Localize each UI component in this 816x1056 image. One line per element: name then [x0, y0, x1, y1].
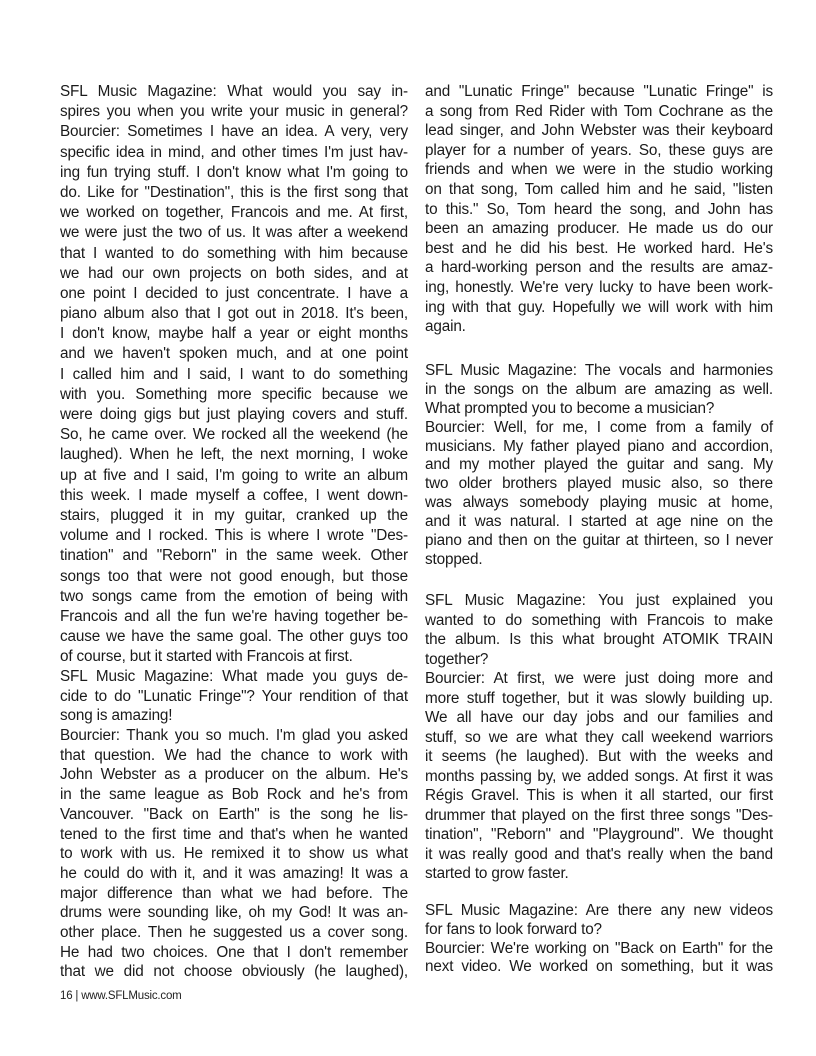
text-line: drums were sounding like, oh my God! It …: [60, 903, 408, 923]
text-line: a hard-working person and the results ar…: [425, 258, 773, 278]
text-line: two songs came from the emotion of being…: [60, 587, 408, 607]
text-line: He had two choices. One that I don't rem…: [60, 943, 408, 963]
text-line: Vancouver. "Back on Earth" is the song h…: [60, 805, 408, 825]
text-line: the album. Is this what brought ATOMIK T…: [425, 630, 773, 650]
text-line: I don't know, maybe half a year or eight…: [60, 324, 408, 344]
text-line: was always somebody playing music at hom…: [425, 494, 773, 513]
text-line: to work with us. He remixed it to show u…: [60, 844, 408, 864]
text-line: and my mother played the guitar and sang…: [425, 456, 773, 475]
text-line: started to grow faster.: [425, 864, 773, 884]
text-line: and it was natural. I started at age nin…: [425, 513, 773, 532]
text-line: So, he came over. We rocked all the week…: [60, 425, 408, 445]
text-line: Francois and all the fun we're having to…: [60, 607, 408, 627]
text-line: and "Lunatic Fringe" because "Lunatic Fr…: [425, 82, 773, 102]
text-line: cause we have the same goal. The other g…: [60, 627, 408, 647]
text-line: to this." So, Tom heard the song, and Jo…: [425, 200, 773, 220]
text-line: stairs, plugged it in my guitar, cranked…: [60, 506, 408, 526]
text-line: of course, but it started with Francois …: [60, 647, 408, 667]
text-line: spires you when you write your music in …: [60, 102, 408, 122]
text-line: this week. I made myself a coffee, I wen…: [60, 486, 408, 506]
text-line: Bourcier: Well, for me, I come from a fa…: [425, 419, 773, 438]
text-line: Bourcier: At first, we were just doing m…: [425, 669, 773, 689]
text-line: ing fun trying stuff. I don't know what …: [60, 163, 408, 183]
text-line: up at five and I said, I'm going to writ…: [60, 466, 408, 486]
text-line: ing with that guy. Hopefully we will wor…: [425, 298, 773, 318]
text-line: months passing by, we added songs. At fi…: [425, 767, 773, 787]
text-line: Bourcier: Thank you so much. I'm glad yo…: [60, 726, 408, 746]
text-line: it was really good and that's really whe…: [425, 845, 773, 865]
text-line: it seems (he laughed). But with the week…: [425, 747, 773, 767]
text-line: for fans to look forward to?: [425, 921, 773, 940]
text-line: specific idea in mind, and other times I…: [60, 143, 408, 163]
text-line: that question. We had the chance to work…: [60, 746, 408, 766]
paragraph-vocals: SFL Music Magazine: The vocals and harmo…: [425, 362, 773, 570]
text-line: SFL Music Magazine: You just explained y…: [425, 591, 773, 611]
text-line: were doing gigs but just playing covers …: [60, 405, 408, 425]
paragraph-inspiration: SFL Music Magazine: What would you say i…: [60, 82, 408, 667]
text-line: We all have our day jobs and our familie…: [425, 708, 773, 728]
text-line: been an amazing producer. He made us do …: [425, 219, 773, 239]
paragraph-red-rider: and "Lunatic Fringe" because "Lunatic Fr…: [425, 82, 773, 337]
text-line: volume and I rocked. This is where I wro…: [60, 526, 408, 546]
text-line: What prompted you to become a musician?: [425, 400, 773, 419]
text-line: SFL Music Magazine: What made you guys d…: [60, 667, 408, 687]
text-line: stopped.: [425, 551, 773, 570]
text-line: and we haven't spoken much, and at one p…: [60, 344, 408, 364]
paragraph-lunatic-fringe: SFL Music Magazine: What made you guys d…: [60, 667, 408, 982]
text-line: SFL Music Magazine: What would you say i…: [60, 82, 408, 102]
text-line: John Webster as a producer on the album.…: [60, 765, 408, 785]
text-line: major difference than what we had before…: [60, 884, 408, 904]
text-line: in the same league as Bob Rock and he's …: [60, 785, 408, 805]
text-line: piano and then on the guitar at thirteen…: [425, 532, 773, 551]
text-line: do. Like for "Destination", this is the …: [60, 183, 408, 203]
text-line: wanted to do something with Francois to …: [425, 611, 773, 631]
text-line: SFL Music Magazine: The vocals and harmo…: [425, 362, 773, 381]
text-line: friends and when we were in the studio w…: [425, 160, 773, 180]
text-line: tened to the first time and that's when …: [60, 825, 408, 845]
text-line: best and he did his best. He worked hard…: [425, 239, 773, 259]
text-line: Bourcier: We're working on "Back on Eart…: [425, 940, 773, 959]
text-line: player for a number of years. So, these …: [425, 141, 773, 161]
footer-separator: |: [75, 990, 78, 1002]
text-line: Bourcier: Sometimes I have an idea. A ve…: [60, 122, 408, 142]
text-line: tination", "Reborn" and "Playground". We…: [425, 825, 773, 845]
text-line: lead singer, and John Webster was their …: [425, 121, 773, 141]
text-line: we had our own projects on both sides, a…: [60, 264, 408, 284]
text-line: in the songs on the album are amazing as…: [425, 381, 773, 400]
text-line: one point I decided to just concentrate.…: [60, 284, 408, 304]
text-line: more stuff together, but it was slowly b…: [425, 689, 773, 709]
website-url: www.SFLMusic.com: [81, 990, 181, 1002]
paragraph-atomik-train: SFL Music Magazine: You just explained y…: [425, 591, 773, 884]
text-line: laughed). When he left, the next morning…: [60, 445, 408, 465]
text-line: songs too that were not good enough, but…: [60, 567, 408, 587]
text-line: Régis Gravel. This is when it all starte…: [425, 786, 773, 806]
text-line: he could do with it, and it was amazing!…: [60, 864, 408, 884]
text-line: musicians. My father played piano and ac…: [425, 438, 773, 457]
text-line: song is amazing!: [60, 706, 408, 726]
text-line: ing, honestly. We're very lucky to have …: [425, 278, 773, 298]
text-line: stuff, so we are what they call weekend …: [425, 728, 773, 748]
page-number: 16: [60, 990, 72, 1002]
text-line: two older brothers played music also, so…: [425, 475, 773, 494]
text-line: we worked on together, Francois and me. …: [60, 203, 408, 223]
text-line: together?: [425, 650, 773, 670]
text-line: that I wanted to do something with him b…: [60, 244, 408, 264]
text-line: drummer that played on the first three s…: [425, 806, 773, 826]
text-line: cide to do "Lunatic Fringe"? Your rendit…: [60, 687, 408, 707]
text-line: again.: [425, 317, 773, 337]
text-line: SFL Music Magazine: Are there any new vi…: [425, 902, 773, 921]
text-line: with you. Something more specific becaus…: [60, 385, 408, 405]
text-line: piano album also that I got out in 2018.…: [60, 304, 408, 324]
text-line: I called him and I said, I want to do so…: [60, 365, 408, 385]
paragraph-videos: SFL Music Magazine: Are there any new vi…: [425, 902, 773, 977]
text-line: we were just the two of us. It was after…: [60, 223, 408, 243]
page-footer: 16 | www.SFLMusic.com: [60, 990, 182, 1002]
text-line: other place. Then he suggested us a cove…: [60, 923, 408, 943]
text-line: on that song, Tom called him and he said…: [425, 180, 773, 200]
text-line: tination" and "Reborn" in the same week.…: [60, 546, 408, 566]
magazine-page: SFL Music Magazine: What would you say i…: [0, 0, 816, 1056]
text-line: that we did not choose obviously (he lau…: [60, 962, 408, 982]
text-line: next video. We worked on something, but …: [425, 958, 773, 977]
text-line: a song from Red Rider with Tom Cochrane …: [425, 102, 773, 122]
